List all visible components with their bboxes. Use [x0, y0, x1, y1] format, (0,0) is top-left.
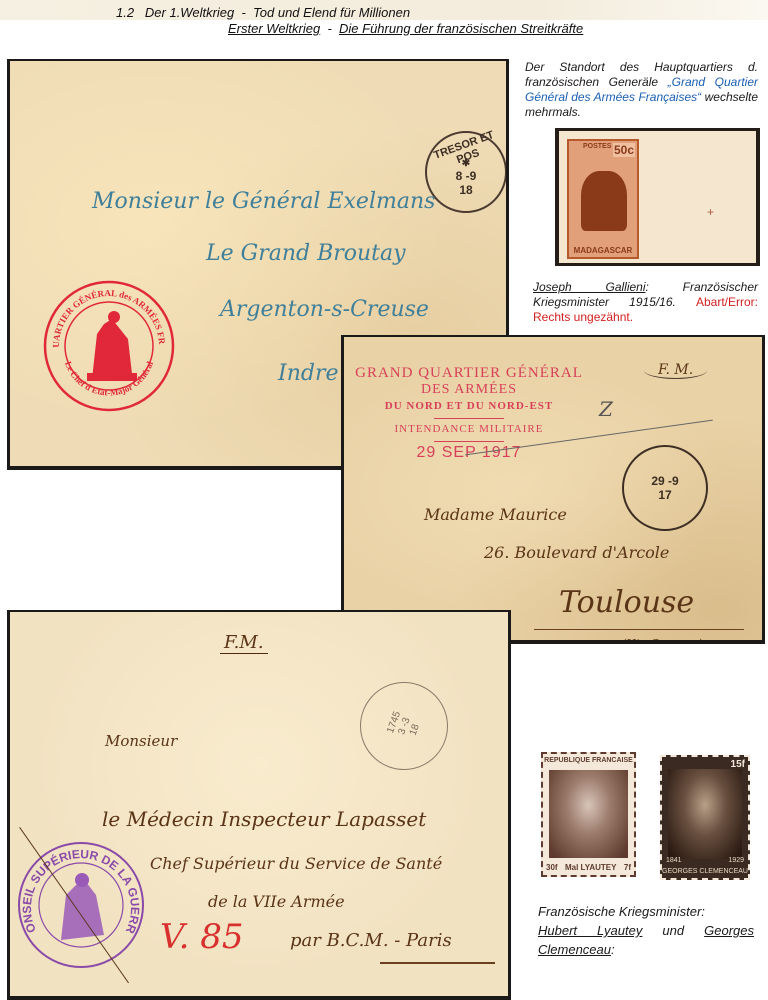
address-line-2: 26. Boulevard d'Arcole: [484, 543, 669, 562]
gallieni-caption: Joseph Gallieni: Französischer Kriegsmin…: [533, 280, 758, 325]
red-note: V. 85: [160, 917, 244, 957]
fm-mark: F. M.: [644, 362, 707, 379]
rider-figure: [581, 171, 627, 231]
page-title: 1.2 Der 1.Weltkrieg - Tod und Elend für …: [116, 5, 410, 20]
cover-2: GRAND QUARTIER GÉNÉRAL DES ARMÉES DU NOR…: [341, 335, 765, 644]
cachet-line-2: DES ARMÉES: [354, 382, 584, 398]
address-line-4: (Hte Garonne): [622, 637, 703, 640]
postmark-tresor-et-postes-1917: 29 -9 17: [622, 445, 708, 531]
subtitle-part1: Erster Weltkrieg: [228, 21, 320, 36]
cachet-line-3: DU NORD ET DU NORD-EST: [354, 400, 584, 412]
subtitle-part2: Die Führung der französischen Streitkräf…: [339, 21, 583, 36]
cachet-line-1: GRAND QUARTIER GÉNÉRAL: [354, 365, 584, 382]
cover-2-paper: GRAND QUARTIER GÉNÉRAL DES ARMÉES DU NOR…: [344, 337, 762, 640]
lyautey-portrait: [549, 770, 628, 858]
cover-3: F.M. 1745 3 -3 18 Monsieur le Médecin In…: [7, 610, 511, 1000]
address-line-2: Le Grand Broutay: [206, 241, 406, 266]
address-line-4: de la VIIe Armée: [208, 892, 345, 911]
minister-clemenceau-first: Georges: [704, 923, 754, 938]
csg-violet-seal-icon: CONSEIL SUPÉRIEUR DE LA GUERRE: [16, 840, 146, 970]
ministers-caption: Französische Kriegsminister: Hubert Lyau…: [538, 902, 754, 959]
gqg-cachet: GRAND QUARTIER GÉNÉRAL DES ARMÉES DU NOR…: [354, 365, 584, 462]
stamp-lyautey: REPUBLIQUE FRANCAISE 30f Mal LYAUTEY 7f: [541, 752, 636, 877]
cachet-line-4: INTENDANCE MILITAIRE: [354, 423, 584, 435]
paris-underline: [380, 962, 495, 964]
stamp-design: POSTES 50c MADAGASCAR: [567, 139, 639, 259]
gqg-red-seal-icon: GRAND QUARTIER GÉNÉRAL des ARMÉES FRANÇA…: [42, 279, 176, 413]
minister-lyautey: Hubert Lyautey: [538, 923, 642, 938]
page-subtitle: Erster Weltkrieg - Die Führung der franz…: [228, 21, 583, 36]
address-line-3: Argenton-s-Creuse: [220, 297, 429, 322]
minister-clemenceau-last: Clemenceau: [538, 942, 611, 957]
postmark-grenelle-1918: 1745 3 -3 18: [348, 670, 461, 783]
postmark-tresor-et-postes-1918: TRESOR ET POS ✱ 8 -9 18: [425, 131, 506, 213]
address-line-1: Monsieur le Général Exelmans: [92, 189, 435, 214]
subtitle-sep: -: [320, 21, 339, 36]
clemenceau-portrait: [668, 769, 742, 859]
address-line-4: Indre: [278, 361, 338, 386]
address-underline: [534, 629, 744, 630]
address-line-1: Monsieur: [105, 732, 177, 750]
intro-text: Der Standort des Hauptquartiers d. franz…: [525, 60, 758, 120]
cross-mark: +: [707, 205, 714, 219]
address-line-3: Toulouse: [559, 585, 694, 620]
cover-3-paper: F.M. 1745 3 -3 18 Monsieur le Médecin In…: [10, 612, 508, 996]
pencil-mark: Z: [599, 397, 613, 421]
address-line-5: par B.C.M. - Paris: [290, 930, 452, 951]
address-line-1: Madame Maurice: [424, 505, 567, 524]
address-line-2: le Médecin Inspecteur Lapasset: [102, 807, 426, 831]
gallieni-name: Joseph Gallieni: [533, 280, 646, 294]
stamp-madagascar-gallieni: POSTES 50c MADAGASCAR +: [555, 128, 760, 266]
fm-mark: F.M.: [220, 632, 268, 654]
stamp-clemenceau: 15f 1841 1929 GEORGES CLEMENCEAU: [660, 755, 750, 880]
address-line-3: Chef Supérieur du Service de Santé: [150, 854, 442, 873]
ministers-title: Französische Kriegsminister:: [538, 902, 754, 921]
